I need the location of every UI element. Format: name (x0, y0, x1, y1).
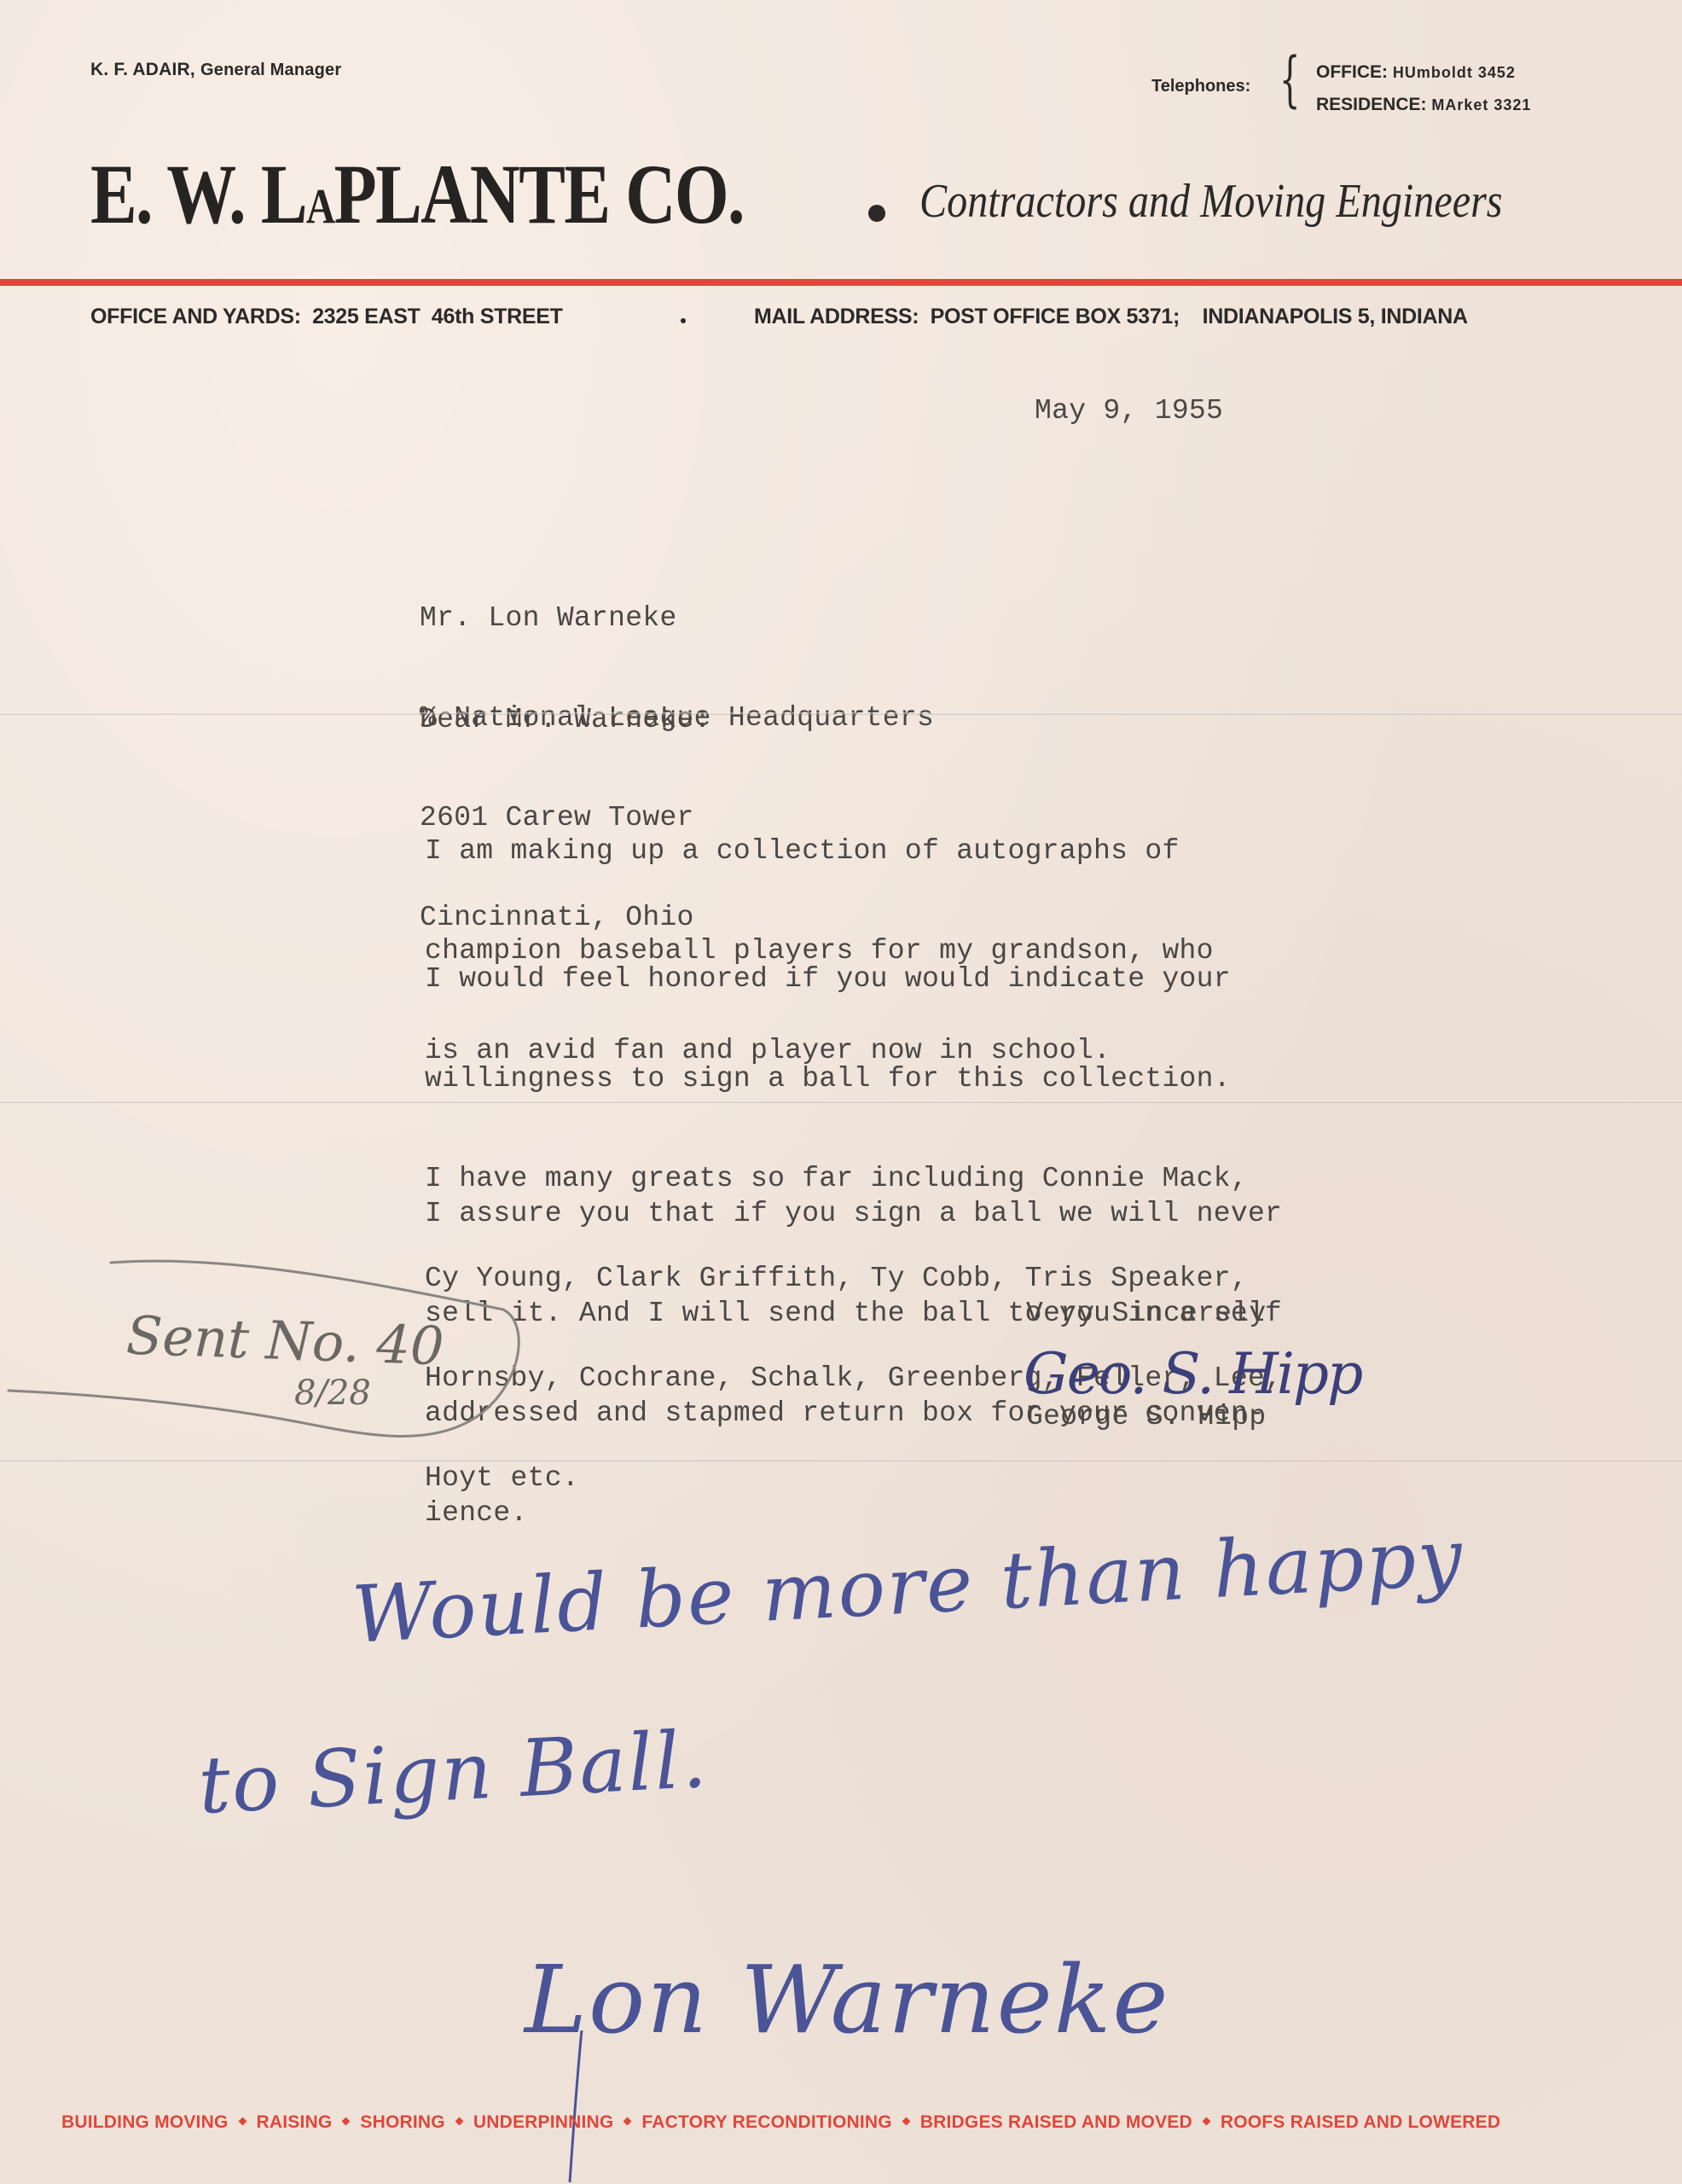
service-item: SHORING (360, 2112, 444, 2133)
manager-name: K. F. ADAIR, (90, 60, 195, 79)
text-line: willingness to sign a ball for this coll… (425, 1062, 1282, 1095)
diamond-icon (623, 2117, 632, 2126)
closing: Very Sincerely (1026, 1297, 1266, 1330)
diamond-icon (902, 2117, 910, 2126)
header-rule (0, 279, 1682, 286)
service-item: BRIDGES RAISED AND MOVED (920, 2112, 1192, 2133)
services-footer: BUILDING MOVINGRAISINGSHORINGUNDERPINNIN… (61, 2112, 1500, 2133)
residence-phone-line: RESIDENCE: MArket 3321 (1316, 89, 1531, 121)
signature-tail (563, 2030, 589, 2184)
office-yards-address: OFFICE AND YARDS: 2325 EAST 46th STREET (90, 305, 563, 329)
service-item: BUILDING MOVING (61, 2112, 229, 2133)
diamond-icon (1202, 2117, 1210, 2126)
recipient-line: Mr. Lon Warneke (420, 601, 934, 635)
manager-title: General Manager (200, 61, 341, 79)
company-tagline: Contractors and Moving Engineers (919, 177, 1503, 225)
residence-phone: MArket 3321 (1431, 96, 1531, 113)
salutation: Dear Mr. Warneke: (420, 703, 711, 736)
service-item: FACTORY RECONDITIONING (641, 2112, 891, 2133)
office-phone: HUmboldt 3452 (1393, 64, 1516, 81)
general-manager-line: K. F. ADAIR, General Manager (90, 60, 341, 80)
fold-crease (0, 1101, 1682, 1103)
pencil-note: Sent No. 40 (125, 1304, 445, 1378)
service-item: UNDERPINNING (473, 2112, 614, 2133)
fold-crease (0, 1459, 1682, 1461)
diamond-icon (342, 2117, 351, 2126)
text-line: I am making up a collection of autograph… (425, 834, 1214, 868)
service-item: ROOFS RAISED AND LOWERED (1221, 2112, 1500, 2133)
diamond-icon (238, 2117, 246, 2126)
hipp-signature: Geo. S. Hipp (1024, 1341, 1361, 1407)
mail-address: MAIL ADDRESS: POST OFFICE BOX 5371; INDI… (754, 305, 1468, 329)
warneke-signature: Lon Warneke (525, 1945, 1169, 2054)
text-line: I would feel honored if you would indica… (425, 962, 1282, 996)
pencil-date: 8/28 (294, 1374, 371, 1413)
text-line: I assure you that if you sign a ball we … (425, 1197, 1282, 1230)
fold-crease (0, 712, 1682, 715)
office-phone-line: OFFICE: HUmboldt 3452 (1316, 56, 1531, 89)
separator-dot-icon (681, 318, 686, 323)
telephone-numbers: OFFICE: HUmboldt 3452 RESIDENCE: MArket … (1316, 56, 1531, 121)
handwritten-reply-line-2: to Sign Ball. (196, 1714, 710, 1832)
company-name: E. W. LAPLANTE CO. (90, 152, 744, 237)
diamond-icon (455, 2117, 463, 2126)
text-line: ience. (425, 1496, 1282, 1530)
brace-icon: { (1279, 49, 1301, 109)
bullet-icon (868, 205, 885, 222)
letter-date: May 9, 1955 (1035, 394, 1223, 427)
telephones-label: Telephones: (1151, 77, 1250, 96)
service-item: RAISING (257, 2112, 333, 2133)
